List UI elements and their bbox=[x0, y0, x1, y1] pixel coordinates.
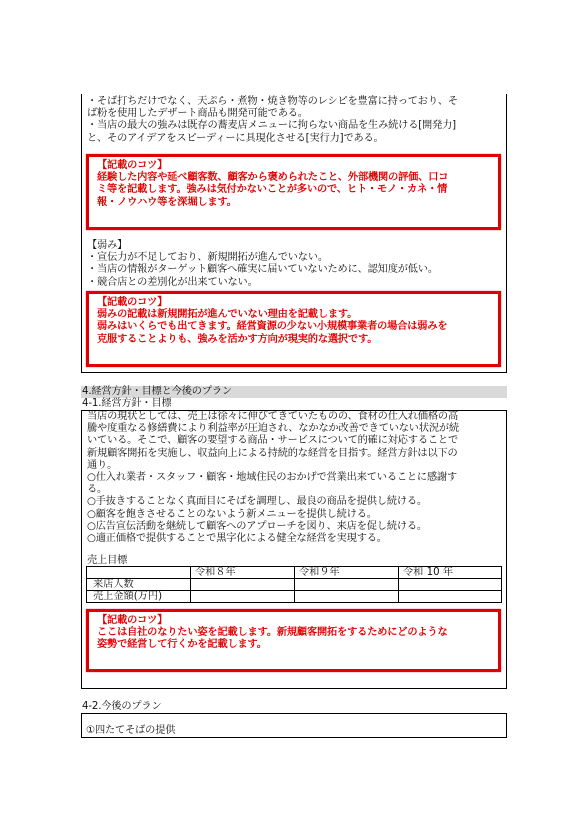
weaknesses-text: 【弱み】 ・宣伝力が不足しており、新規開拓が進んでいない。 ・当店の情報がターゲ… bbox=[87, 240, 438, 289]
text-line: 通り。 bbox=[87, 460, 459, 472]
text-line: 新規顧客開拓を実施し、収益向上による持続的な経営を目指す。経営方針は以下の bbox=[87, 448, 459, 460]
table-cell[interactable] bbox=[399, 579, 502, 591]
tip-line: 弱みの記載は新規開拓が進んでいない理由を記載します。 bbox=[97, 309, 447, 321]
weakness-heading: 【弱み】 bbox=[87, 240, 438, 252]
table-row: 来店人数 bbox=[87, 579, 502, 591]
strengths-text: ・そば打ちだけでなく、天ぷら・煮物・焼き物等のレシピを豊富に持っており、そ ば粉… bbox=[87, 96, 458, 145]
text-line: ・当店の最大の強みは既存の蕎麦店メニューに拘らない商品を生み続ける[開発力] bbox=[87, 120, 458, 132]
text-line: る。 bbox=[87, 484, 459, 496]
tip-line: 姿勢で経営して行くかを記載します。 bbox=[97, 639, 448, 651]
row-label: 来店人数 bbox=[87, 579, 191, 591]
text-line: ○顧客を飽きさせることのないよう新メニューを提供し続ける。 bbox=[87, 509, 459, 521]
text-line: いている。そこで、顧客の要望する商品・サービスについて的確に対応することで bbox=[87, 435, 459, 447]
tip-line: 経験した内容や延べ顧客数、顧客から褒められたこと、外部機関の評価、口コ bbox=[97, 172, 448, 184]
tip-line: ここは自社のなりたい姿を記載します。新規顧客開拓をするためにどのような bbox=[97, 627, 448, 639]
writing-tip-weaknesses: 【記載のコツ】 弱みの記載は新規開拓が進んでいない理由を記載します。 弱みはいく… bbox=[86, 291, 501, 367]
table-row: 売上金額(万円) bbox=[87, 591, 502, 603]
tip-line: 克服することよりも、強みを活かす方向が現実的な選択です。 bbox=[97, 334, 447, 346]
future-plan-item: ①四たてそばの提供 bbox=[86, 725, 175, 737]
section-4-1-heading: 4-1.経営方針・目標 bbox=[82, 398, 172, 410]
tip-title: 【記載のコツ】 bbox=[97, 297, 447, 309]
table-header-cell: 令和 10 年 bbox=[399, 567, 502, 579]
text-line: ・当店の情報がターゲット顧客へ確実に届いていないために、認知度が低い。 bbox=[87, 264, 438, 276]
text-line: ば粉を使用したデザート商品も開発可能である。 bbox=[87, 108, 458, 120]
text-line: ・競合店との差別化が出来ていない。 bbox=[87, 277, 438, 289]
text-line: ○手抜きすることなく真面目にそばを調理し、最良の商品を提供し続ける。 bbox=[87, 496, 459, 508]
table-cell[interactable] bbox=[191, 591, 295, 603]
tip-line: ミ等を記載します。強みは気付かないことが多いので、ヒト・モノ・カネ・情 bbox=[97, 184, 448, 196]
tip-title: 【記載のコツ】 bbox=[97, 160, 448, 172]
table-header-cell bbox=[87, 567, 191, 579]
row-label: 売上金額(万円) bbox=[87, 591, 191, 603]
text-line: ○広告宣伝活動を継続して顧客へのアプローチを図り、来店を促し続ける。 bbox=[87, 521, 459, 533]
tip-line: 弱みはいくらでも出てきます。経営資源の少ない小規模事業者の場合は弱みを bbox=[97, 321, 447, 333]
section-4-2-heading: 4-2.今後のプラン bbox=[82, 701, 162, 713]
table-header-cell: 令和８年 bbox=[191, 567, 295, 579]
table-cell[interactable] bbox=[191, 579, 295, 591]
tip-title: 【記載のコツ】 bbox=[97, 615, 448, 627]
section-4-heading: 4.経営方針・目標と今後のプラン bbox=[82, 386, 232, 398]
writing-tip-strengths: 【記載のコツ】 経験した内容や延べ顧客数、顧客から褒められたこと、外部機関の評価… bbox=[86, 154, 501, 230]
text-line: ・宣伝力が不足しており、新規開拓が進んでいない。 bbox=[87, 252, 438, 264]
text-line: ○仕入れ業者・スタッフ・顧客・地域住民のおかげで営業出来ていることに感謝す bbox=[87, 472, 459, 484]
text-line: ○適正価格で提供することで黒字化による健全な経営を実現する。 bbox=[87, 533, 459, 545]
sales-target-table: 令和８年 令和９年 令和 10 年 来店人数 売上金額(万円) bbox=[86, 566, 502, 603]
table-cell[interactable] bbox=[295, 579, 399, 591]
table-cell[interactable] bbox=[399, 591, 502, 603]
management-policy-text: 当店の現状としては、売上は徐々に伸びてきていたものの、食材の仕入れ価格の高 騰や… bbox=[87, 411, 459, 545]
text-line: ・そば打ちだけでなく、天ぷら・煮物・焼き物等のレシピを豊富に持っており、そ bbox=[87, 96, 458, 108]
table-cell[interactable] bbox=[295, 591, 399, 603]
text-line: 当店の現状としては、売上は徐々に伸びてきていたものの、食材の仕入れ価格の高 bbox=[87, 411, 459, 423]
text-line: と、そのアイデアをスピーディーに具現化させる[実行力]である。 bbox=[87, 133, 458, 145]
table-header-row: 令和８年 令和９年 令和 10 年 bbox=[87, 567, 502, 579]
writing-tip-policy: 【記載のコツ】 ここは自社のなりたい姿を記載します。新規顧客開拓をするためにどの… bbox=[86, 609, 501, 672]
tip-line: 報・ノウハウ等を深堀します。 bbox=[97, 197, 448, 209]
table-header-cell: 令和９年 bbox=[295, 567, 399, 579]
text-line: 騰や度重なる修繕費により利益率が圧迫され、なかなか改善できていない状況が続 bbox=[87, 423, 459, 435]
